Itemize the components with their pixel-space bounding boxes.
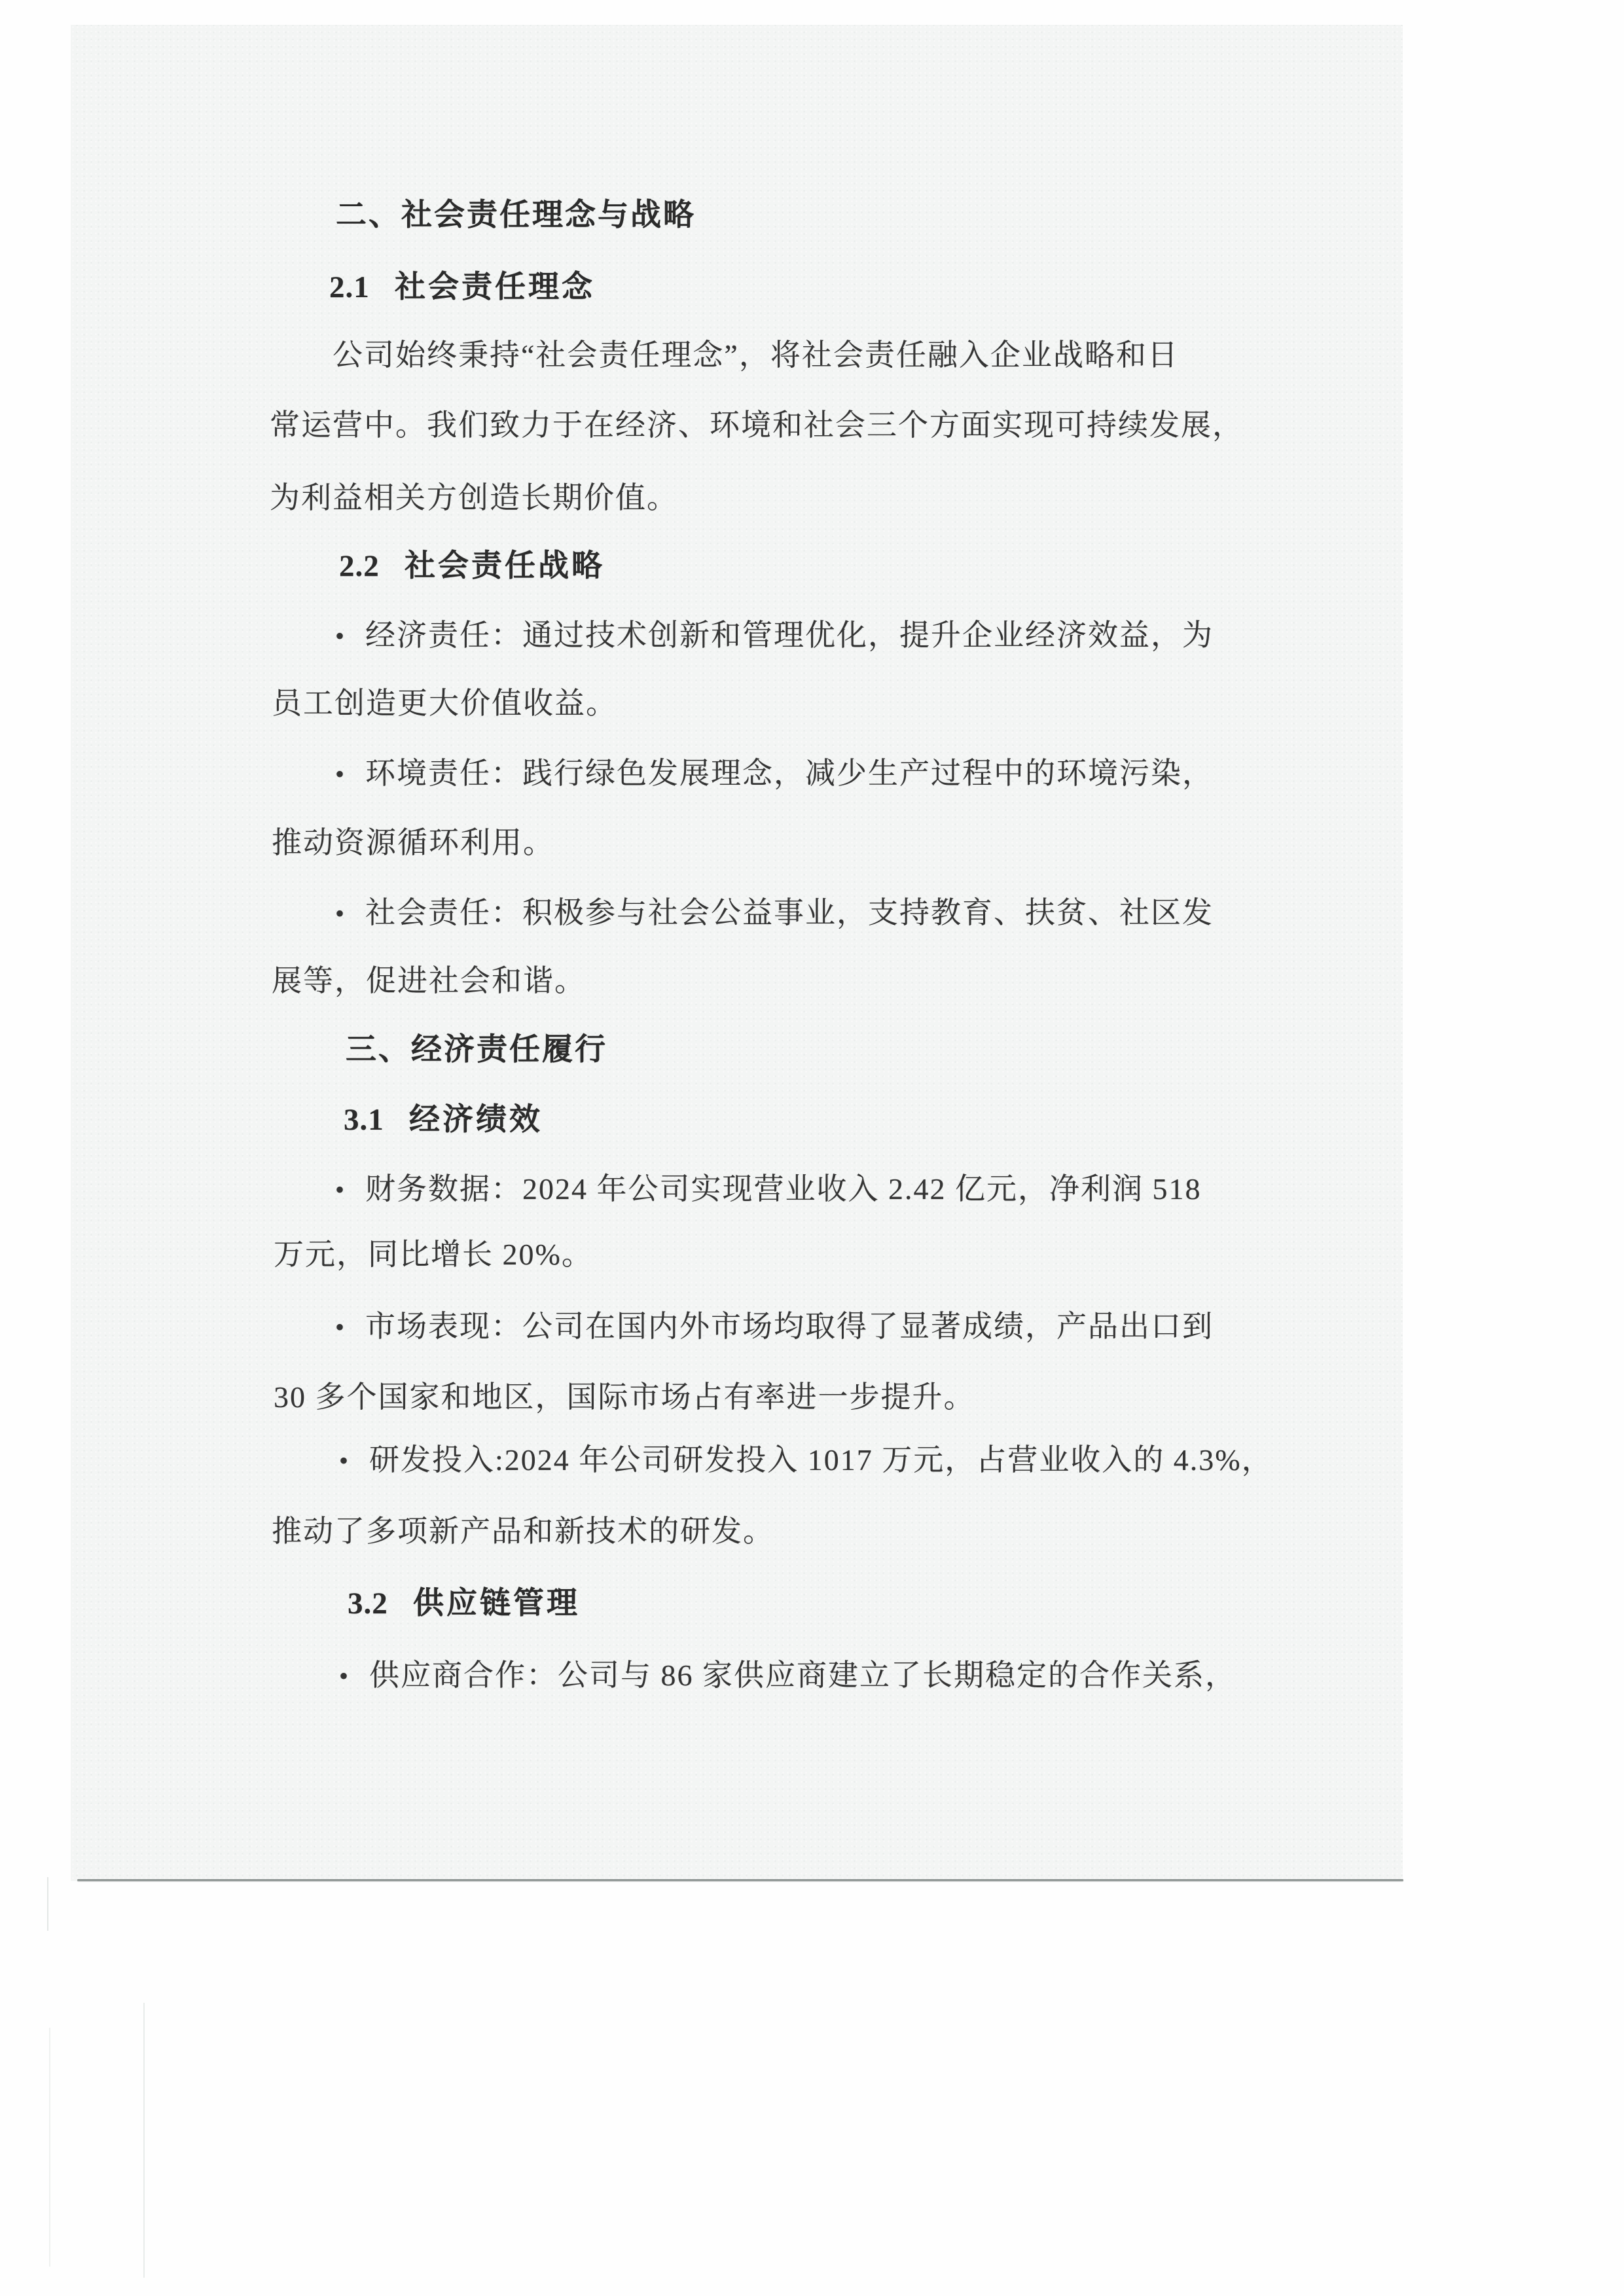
bullet-text: 经济责任：通过技术创新和管理优化，提升企业经济效益，为 — [365, 619, 1214, 652]
bullet-icon: • — [335, 760, 365, 788]
scanned-paper-sheet — [71, 25, 1403, 1881]
bullet-line-economic-responsibility: •经济责任：通过技术创新和管理优化，提升企业经济效益，为 — [335, 619, 1214, 652]
paper-edge-artifact-line — [47, 1877, 48, 1931]
subsection-title: 供应链管理 — [413, 1587, 580, 1621]
bullet-icon: • — [335, 899, 365, 927]
subsection-heading-2-1: 2.1社会责任理念 — [329, 271, 595, 304]
bullet-icon: • — [335, 1313, 365, 1341]
bullet-line-market-performance: •市场表现：公司在国内外市场均取得了显著成绩，产品出口到 — [335, 1310, 1214, 1343]
bullet-line-rd-investment: •研发投入:2024 年公司研发投入 1017 万元，占营业收入的 4.3%， — [339, 1444, 1273, 1477]
bullet-icon: • — [335, 1175, 365, 1204]
bullet-text: 社会责任：积极参与社会公益事业，支持教育、扶贫、社区发 — [365, 896, 1214, 929]
subsection-heading-2-2: 2.2社会责任战略 — [339, 550, 605, 583]
subsection-heading-3-1: 3.1经济绩效 — [344, 1103, 543, 1137]
bullet-text: 供应商合作：公司与 86 家供应商建立了长期稳定的合作关系， — [369, 1659, 1236, 1692]
bullet-text: 研发投入:2024 年公司研发投入 1017 万元，占营业收入的 4.3%， — [369, 1443, 1273, 1477]
paragraph-line: 展等，促进社会和谐。 — [272, 965, 586, 997]
subsection-title: 社会责任战略 — [405, 549, 605, 583]
subsection-number: 3.2 — [348, 1587, 413, 1621]
subsection-number: 3.1 — [344, 1103, 409, 1137]
bullet-icon: • — [339, 1662, 369, 1690]
subsection-title: 社会责任理念 — [395, 270, 595, 304]
subsection-title: 经济绩效 — [409, 1103, 543, 1137]
paragraph-line: 公司始终秉持“社会责任理念”，将社会责任融入企业战略和日 — [333, 339, 1179, 372]
bullet-icon: • — [339, 1446, 369, 1475]
paragraph-line: 常运营中。我们致力于在经济、环境和社会三个方面实现可持续发展， — [270, 409, 1244, 442]
paragraph-line: 万元，同比增长 20%。 — [274, 1238, 593, 1271]
bullet-text: 环境责任：践行绿色发展理念，减少生产过程中的环境污染， — [365, 757, 1214, 790]
bullet-text: 财务数据：2024 年公司实现营业收入 2.42 亿元，净利润 518 — [365, 1172, 1202, 1206]
section-heading-economic-responsibility: 三、经济责任履行 — [346, 1033, 607, 1067]
bullet-line-supplier-cooperation: •供应商合作：公司与 86 家供应商建立了长期稳定的合作关系， — [339, 1659, 1236, 1692]
bullet-line-social-responsibility: •社会责任：积极参与社会公益事业，支持教育、扶贫、社区发 — [335, 897, 1214, 929]
paper-bottom-edge-line — [77, 1879, 1403, 1881]
paper-edge-artifact-line — [49, 2028, 50, 2267]
subsection-number: 2.1 — [329, 271, 395, 304]
bullet-line-environmental-responsibility: •环境责任：践行绿色发展理念，减少生产过程中的环境污染， — [335, 757, 1214, 790]
bullet-text: 市场表现：公司在国内外市场均取得了显著成绩，产品出口到 — [365, 1310, 1214, 1343]
paragraph-line: 推动了多项新产品和新技术的研发。 — [272, 1515, 774, 1548]
section-heading-social-responsibility-concept-strategy: 二、社会责任理念与战略 — [336, 199, 696, 232]
paragraph-line: 推动资源循环利用。 — [272, 827, 554, 859]
bullet-line-financial-data: •财务数据：2024 年公司实现营业收入 2.42 亿元，净利润 518 — [335, 1173, 1202, 1206]
bullet-icon: • — [335, 622, 365, 650]
paragraph-line: 员工创造更大价值收益。 — [272, 687, 617, 720]
subsection-number: 2.2 — [339, 550, 405, 583]
subsection-heading-3-2: 3.2供应链管理 — [348, 1587, 580, 1621]
paper-edge-artifact-line — [143, 2003, 145, 2278]
paragraph-line: 30 多个国家和地区，国际市场占有率进一步提升。 — [274, 1381, 975, 1414]
paragraph-line: 为利益相关方创造长期价值。 — [270, 482, 678, 514]
